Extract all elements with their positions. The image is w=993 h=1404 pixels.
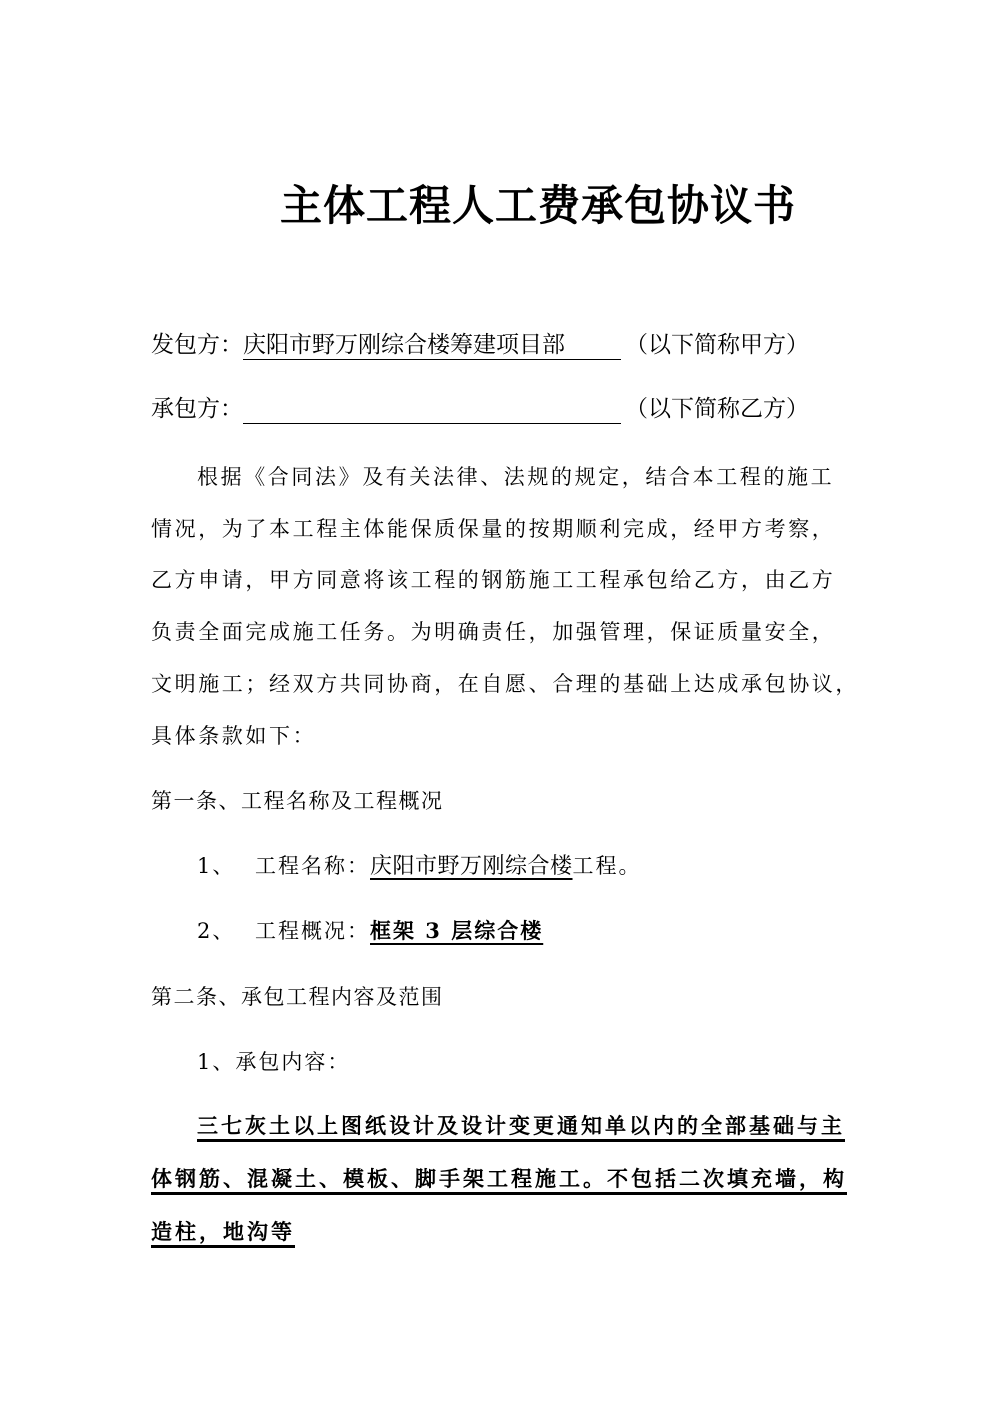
scope-line-1: 三七灰土以上图纸设计及设计变更通知单以内的全部基础与主 <box>197 1111 845 1141</box>
contractor-suffix: （以下简称乙方） <box>625 396 809 422</box>
article1-item-1: 1、工程名称：庆阳市野万刚综合楼工程。 <box>197 851 642 882</box>
preamble-line-3: 乙方申请，甲方同意将该工程的钢筋施工工程承包给乙方，由乙方 <box>151 565 835 595</box>
preamble-line-5: 文明施工；经双方共同协商，在自愿、合理的基础上达成承包协议， <box>151 669 859 699</box>
item-suffix: 工程。 <box>573 854 642 878</box>
scope-line-3: 造柱，地沟等 <box>151 1217 295 1247</box>
item-label: 工程概况： <box>255 919 370 943</box>
employer-label: 发包方： <box>151 332 243 358</box>
article1-heading: 第一条、工程名称及工程概况 <box>151 786 444 816</box>
project-overview-value: 框架 3 层综合楼 <box>370 918 543 943</box>
contractor-line: 承包方：（以下简称乙方） <box>151 394 809 424</box>
article1-item-2: 2、工程概况：框架 3 层综合楼 <box>197 916 543 946</box>
preamble-line-1: 根据《合同法》及有关法律、法规的规定，结合本工程的施工 <box>197 462 834 492</box>
item-number: 1、 <box>197 851 255 881</box>
employer-field[interactable]: 庆阳市野万刚综合楼筹建项目部 <box>243 331 621 360</box>
document-title: 主体工程人工费承包协议书 <box>280 178 820 234</box>
article2-item-1-label: 1、承包内容： <box>197 1047 350 1077</box>
document-page: 主体工程人工费承包协议书 发包方：庆阳市野万刚综合楼筹建项目部（以下简称甲方） … <box>0 0 993 1404</box>
preamble-line-4: 负责全面完成施工任务。为明确责任，加强管理，保证质量安全， <box>151 617 835 647</box>
contractor-field[interactable] <box>243 395 621 424</box>
preamble-line-6: 具体条款如下： <box>151 721 316 751</box>
contractor-label: 承包方： <box>151 396 243 422</box>
project-name-value: 庆阳市野万刚综合楼 <box>370 854 573 879</box>
item-label: 工程名称： <box>255 854 370 878</box>
item-number: 2、 <box>197 916 255 946</box>
employer-suffix: （以下简称甲方） <box>625 332 809 358</box>
article2-heading: 第二条、承包工程内容及范围 <box>151 982 444 1012</box>
preamble-line-2: 情况，为了本工程主体能保质保量的按期顺利完成，经甲方考察， <box>151 514 835 544</box>
scope-line-2: 体钢筋、混凝土、模板、脚手架工程施工。不包括二次填充墙，构 <box>151 1164 847 1194</box>
employer-line: 发包方：庆阳市野万刚综合楼筹建项目部（以下简称甲方） <box>151 330 809 360</box>
